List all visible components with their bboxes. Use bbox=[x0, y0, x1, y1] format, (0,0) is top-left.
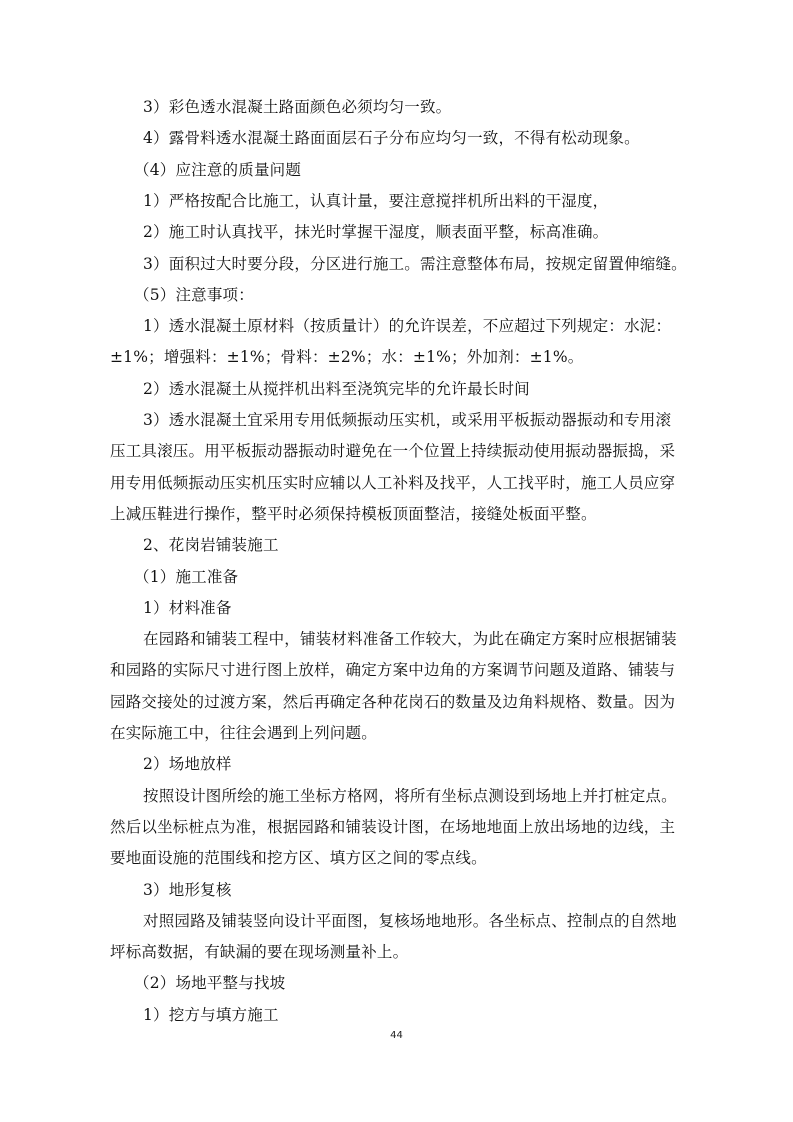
text-line: 压工具滚压。用平板振动器振动时避免在一个位置上持续振动使用振动器振捣，采 bbox=[110, 441, 690, 461]
text-line: 园路交接处的过渡方案，然后再确定各种花岗石的数量及边角料规格、数量。因为 bbox=[110, 692, 690, 712]
document-page: 3）彩色透水混凝土路面颜色必须均匀一致。4）露骨料透水混凝土路面面层石子分布应均… bbox=[0, 0, 793, 1122]
text-line: 3）地形复核 bbox=[143, 880, 723, 900]
text-line: 和园路的实际尺寸进行图上放样，确定方案中边角的方案调节问题及道路、铺装与 bbox=[110, 660, 690, 680]
text-line: 然后以坐标桩点为准，根据园路和铺装设计图，在场地地面上放出场地的边线，主 bbox=[110, 817, 690, 837]
text-line: 在实际施工中，往往会遇到上列问题。 bbox=[110, 723, 690, 743]
text-line: 3）透水混凝土宜采用专用低频振动压实机，或采用平板振动器振动和专用滚 bbox=[143, 410, 723, 430]
text-line: 对照园路及铺装竖向设计平面图，复核场地地形。各坐标点、控制点的自然地 bbox=[143, 911, 723, 931]
text-line: （2）场地平整与找坡 bbox=[134, 973, 714, 993]
text-line: 在园路和铺装工程中，铺装材料准备工作较大，为此在确定方案时应根据铺装 bbox=[143, 629, 723, 649]
text-line: 2）施工时认真找平，抹光时掌握干湿度，顺表面平整，标高准确。 bbox=[143, 222, 723, 242]
text-line: ±1%；增强料：±1%；骨料：±2%；水：±1%；外加剂：±1%。 bbox=[110, 347, 690, 367]
text-line: 1）严格按配合比施工，认真计量，要注意搅拌机所出料的干湿度， bbox=[143, 191, 723, 211]
text-line: 要地面设施的范围线和挖方区、填方区之间的零点线。 bbox=[110, 848, 690, 868]
page-number: 44 bbox=[0, 1030, 793, 1041]
text-line: 坪标高数据，有缺漏的要在现场测量补上。 bbox=[110, 942, 690, 962]
text-line: 1）挖方与填方施工 bbox=[143, 1005, 723, 1025]
text-line: 3）面积过大时要分段，分区进行施工。需注意整体布局，按规定留置伸缩缝。 bbox=[143, 254, 723, 274]
text-line: 2）透水混凝土从搅拌机出料至浇筑完毕的允许最长时间 bbox=[143, 379, 723, 399]
text-line: 1）透水混凝土原材料（按质量计）的允许误差，不应超过下列规定：水泥： bbox=[143, 316, 723, 336]
text-line: 上减压鞋进行操作，整平时必须保持模板顶面整洁，接缝处板面平整。 bbox=[110, 504, 690, 524]
text-line: 1）材料准备 bbox=[143, 598, 723, 618]
text-line: 2）场地放样 bbox=[143, 754, 723, 774]
text-line: （4）应注意的质量问题 bbox=[134, 160, 714, 180]
text-line: 3）彩色透水混凝土路面颜色必须均匀一致。 bbox=[143, 97, 723, 117]
text-line: 4）露骨料透水混凝土路面面层石子分布应均匀一致，不得有松动现象。 bbox=[143, 128, 723, 148]
text-line: （1）施工准备 bbox=[134, 567, 714, 587]
text-line: 2、花岗岩铺装施工 bbox=[143, 535, 723, 555]
text-line: （5）注意事项： bbox=[134, 285, 714, 305]
text-line: 用专用低频振动压实机压实时应辅以人工补料及找平，人工找平时，施工人员应穿 bbox=[110, 473, 690, 493]
text-line: 按照设计图所绘的施工坐标方格网，将所有坐标点测设到场地上并打桩定点。 bbox=[143, 786, 723, 806]
